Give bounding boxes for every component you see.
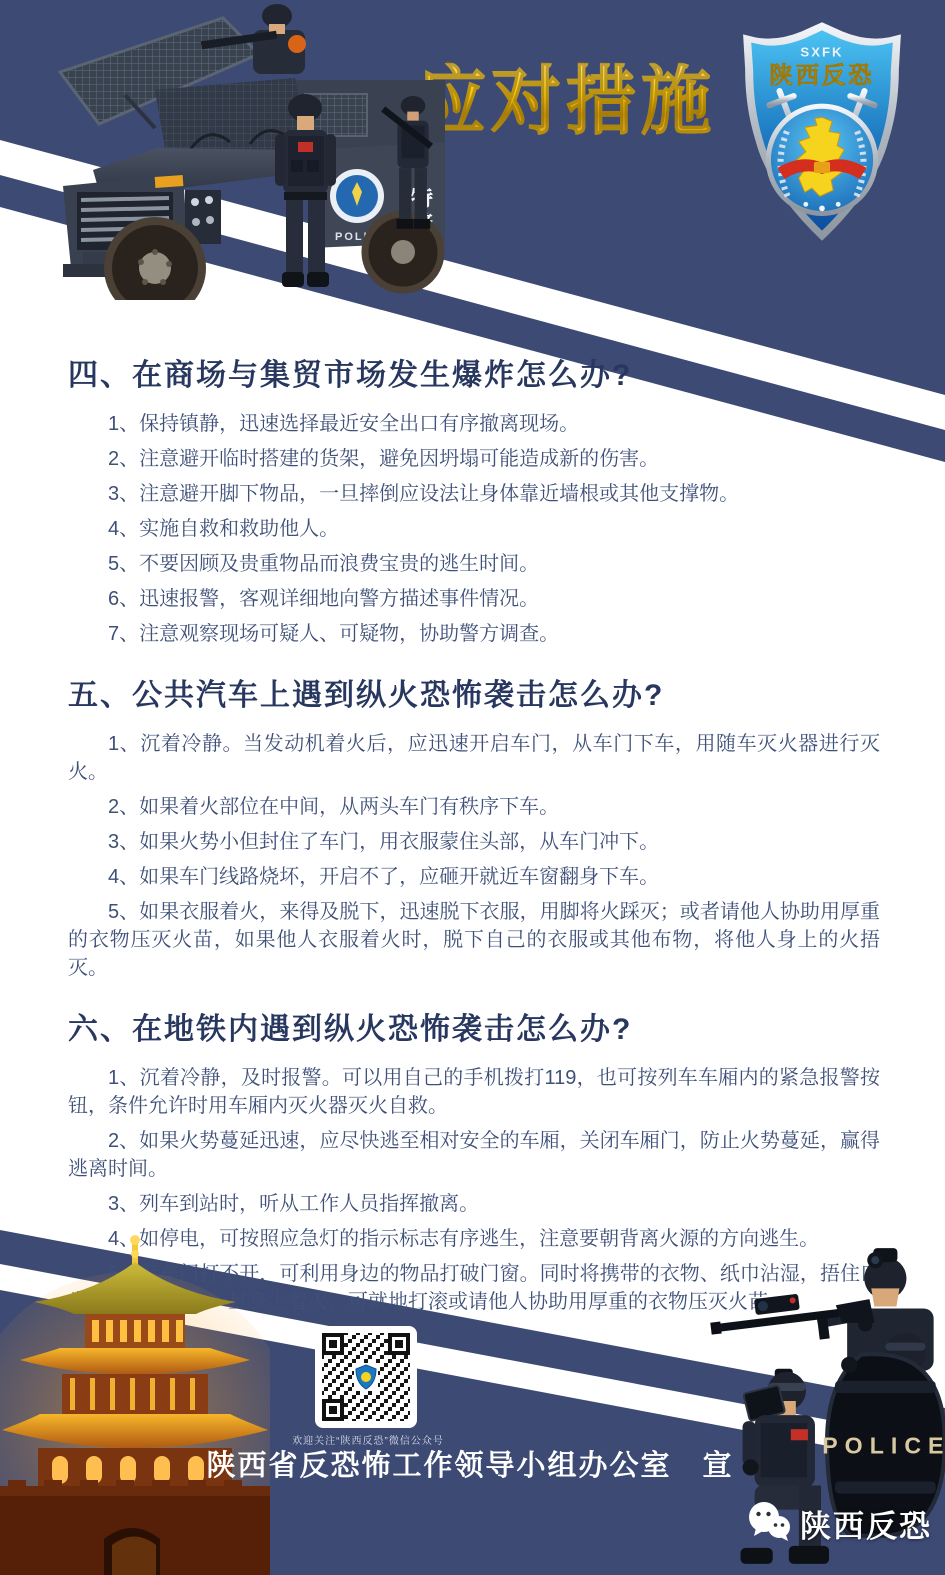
list-item: 5、不要因顾及贵重物品而浪费宝贵的逃生时间。 <box>68 550 880 578</box>
wechat-account-name: 陕西反恐 <box>800 1501 932 1546</box>
list-item: 1、沉着冷静。当发动机着火后，应迅速开启车门，从车门下车，用随车灭火器进行灭火。 <box>68 730 880 786</box>
section-heading: 四、在商场与集贸市场发生爆炸怎么办? <box>68 350 880 394</box>
wechat-icon <box>746 1500 792 1547</box>
section-items: 1、沉着冷静。当发动机着火后，应迅速开启车门，从车门下车，用随车灭火器进行灭火。… <box>68 730 880 982</box>
list-item: 3、如果火势小但封住了车门，用衣服蒙住头部，从车门冲下。 <box>68 828 880 856</box>
list-item: 4、如果车门线路烧坏，开启不了，应砸开就近车窗翻身下车。 <box>68 863 880 891</box>
page-title: 应对措施 <box>416 63 716 139</box>
badge-top-label: SXFK <box>800 45 843 60</box>
list-item: 3、列车到站时，听从工作人员指挥撤离。 <box>68 1190 880 1218</box>
shield-police-text: POLICE <box>822 1432 945 1458</box>
section-heading: 五、公共汽车上遇到纵火恐怖袭击怎么办? <box>68 670 880 714</box>
publisher-line: 陕西省反恐怖工作领导小组办公室 宣 <box>120 1443 820 1484</box>
bell-tower-image <box>0 1232 270 1575</box>
section-items: 1、保持镇静，迅速选择最近安全出口有序撤离现场。 2、注意避开临时搭建的货架，避… <box>68 410 880 648</box>
wechat-qr-code <box>315 1326 417 1428</box>
wechat-account: 陕西反恐 <box>746 1500 932 1547</box>
list-item: 6、迅速报警，客观详细地向警方描述事件情况。 <box>68 585 880 613</box>
list-item: 7、注意观察现场可疑人、可疑物，协助警方调查。 <box>68 620 880 648</box>
list-item: 1、沉着冷静，及时报警。可以用自己的手机拨打119，也可按列车车厢内的紧急报警按… <box>68 1064 880 1120</box>
list-item: 4、实施自救和救助他人。 <box>68 515 880 543</box>
badge-name-text: 陕西反恐 <box>769 62 874 88</box>
list-item: 5、如果衣服着火，来得及脱下，迅速脱下衣服，用脚将火踩灭；或者请他人协助用厚重的… <box>68 898 880 982</box>
list-item: 3、注意避开脚下物品，一旦摔倒应设法让身体靠近墙根或其他支撑物。 <box>68 480 880 508</box>
instructions-content: 四、在商场与集贸市场发生爆炸怎么办? 1、保持镇静，迅速选择最近安全出口有序撤离… <box>68 350 880 1338</box>
section-bus-arson: 五、公共汽车上遇到纵火恐怖袭击怎么办? 1、沉着冷静。当发动机着火后，应迅速开启… <box>68 670 880 982</box>
qr-center-logo <box>354 1363 378 1391</box>
section-explosion-market: 四、在商场与集贸市场发生爆炸怎么办? 1、保持镇静，迅速选择最近安全出口有序撤离… <box>68 350 880 648</box>
vehicle-wheels <box>108 214 441 300</box>
police-vehicle-image: 特警 POLICE <box>5 0 450 300</box>
list-item: 2、注意避开临时搭建的货架，避免因坍塌可能造成新的伤害。 <box>68 445 880 473</box>
anti-terror-poster: 应对措施 <box>0 0 945 1575</box>
list-item: 2、如果着火部位在中间，从两头车门有秩序下车。 <box>68 793 880 821</box>
section-heading: 六、在地铁内遇到纵火恐怖袭击怎么办? <box>68 1004 880 1048</box>
list-item: 2、如果火势蔓延迅速，应尽快逃至相对安全的车厢，关闭车厢门，防止火势蔓延，赢得逃… <box>68 1127 880 1183</box>
sxfk-badge: SXFK 陕西反恐 <box>735 18 909 246</box>
list-item: 1、保持镇静，迅速选择最近安全出口有序撤离现场。 <box>68 410 880 438</box>
